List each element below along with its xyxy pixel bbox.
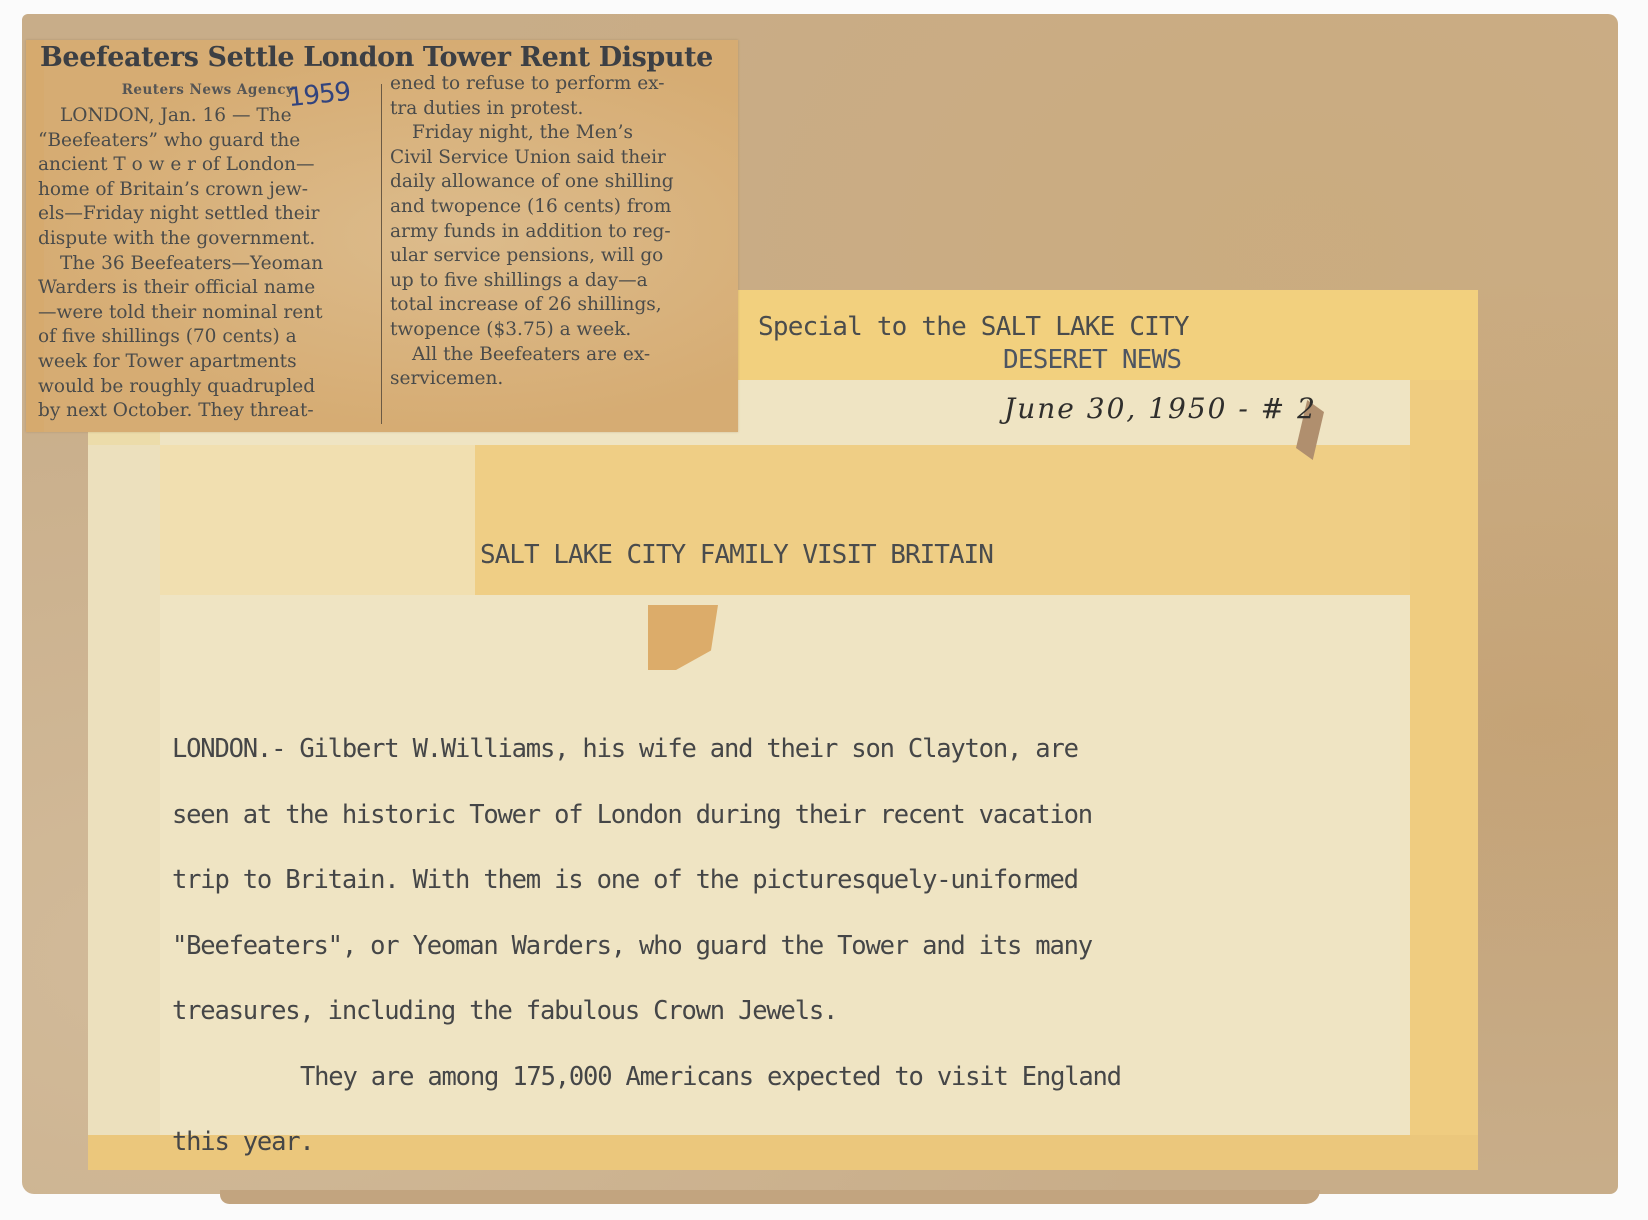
caption-body: LONDON.- Gilbert W.Williams, his wife an… [172, 734, 1252, 1193]
clip-line: ular service pensions, will go [390, 244, 728, 269]
body-line: treasures, including the fabulous Crown … [172, 996, 1252, 1062]
clip-line: total increase of 26 shillings, [390, 293, 728, 318]
tape-strip-faded [160, 445, 475, 595]
clip-line: els—Friday night settled their [38, 202, 378, 227]
clip-line: —were told their nominal rent [38, 301, 378, 326]
clip-line: by next October. They threat- [38, 399, 378, 424]
clip-line: daily allowance of one shilling [390, 170, 728, 195]
tape-strip-right [1410, 380, 1478, 1140]
body-line: They are among 175,000 Americans expecte… [172, 1062, 1252, 1128]
clip-line: All the Beefeaters are ex- [390, 343, 728, 368]
clip-line: dispute with the government. [38, 227, 378, 252]
body-line: trip to Britain. With them is one of the… [172, 865, 1252, 931]
publication-name: DESERET NEWS [1003, 345, 1181, 375]
clipping-right-column: ened to refuse to perform ex- tra duties… [390, 72, 728, 392]
clip-line: week for Tower apartments [38, 350, 378, 375]
clip-line: Friday night, the Men’s [390, 121, 728, 146]
column-rule [381, 84, 382, 424]
clip-line: Warders is their official name [38, 276, 378, 301]
clip-line: twopence ($3.75) a week. [390, 318, 728, 343]
clip-line: of five shillings (70 cents) a [38, 325, 378, 350]
tape-strip-headline [475, 445, 1475, 595]
clip-line: Civil Service Union said their [390, 146, 728, 171]
body-line: "Beefeaters", or Yeoman Warders, who gua… [172, 931, 1252, 997]
tape-strip-left [88, 445, 160, 1145]
clip-line: tra duties in protest. [390, 97, 728, 122]
special-to-line: Special to the SALT LAKE CITY [758, 312, 1189, 342]
clip-line: and twopence (16 cents) from [390, 195, 728, 220]
clipping-left-column: Reuters News Agency LONDON, Jan. 16 — Th… [38, 82, 378, 424]
clip-line: ened to refuse to perform ex- [390, 72, 728, 97]
body-line: this year. [172, 1127, 1252, 1193]
body-line: seen at the historic Tower of London dur… [172, 800, 1252, 866]
clip-line: The 36 Beefeaters—Yeoman [38, 252, 378, 277]
clip-line: ancient T o w e r of London— [38, 153, 378, 178]
clipping-headline: Beefeaters Settle London Tower Rent Disp… [40, 42, 713, 73]
newspaper-clipping: Beefeaters Settle London Tower Rent Disp… [26, 40, 738, 432]
clip-line: up to five shillings a day—a [390, 269, 728, 294]
body-line: LONDON.- Gilbert W.Williams, his wife an… [172, 734, 1252, 800]
clip-line: home of Britain’s crown jew- [38, 178, 378, 203]
clip-line: would be roughly quadrupled [38, 375, 378, 400]
handwritten-date: June 30, 1950 - # 2 [1004, 392, 1317, 425]
clip-line: “Beefeaters” who guard the [38, 129, 378, 154]
clip-line: army funds in addition to reg- [390, 220, 728, 245]
caption-headline: SALT LAKE CITY FAMILY VISIT BRITAIN [480, 540, 993, 570]
clip-line: servicemen. [390, 367, 728, 392]
